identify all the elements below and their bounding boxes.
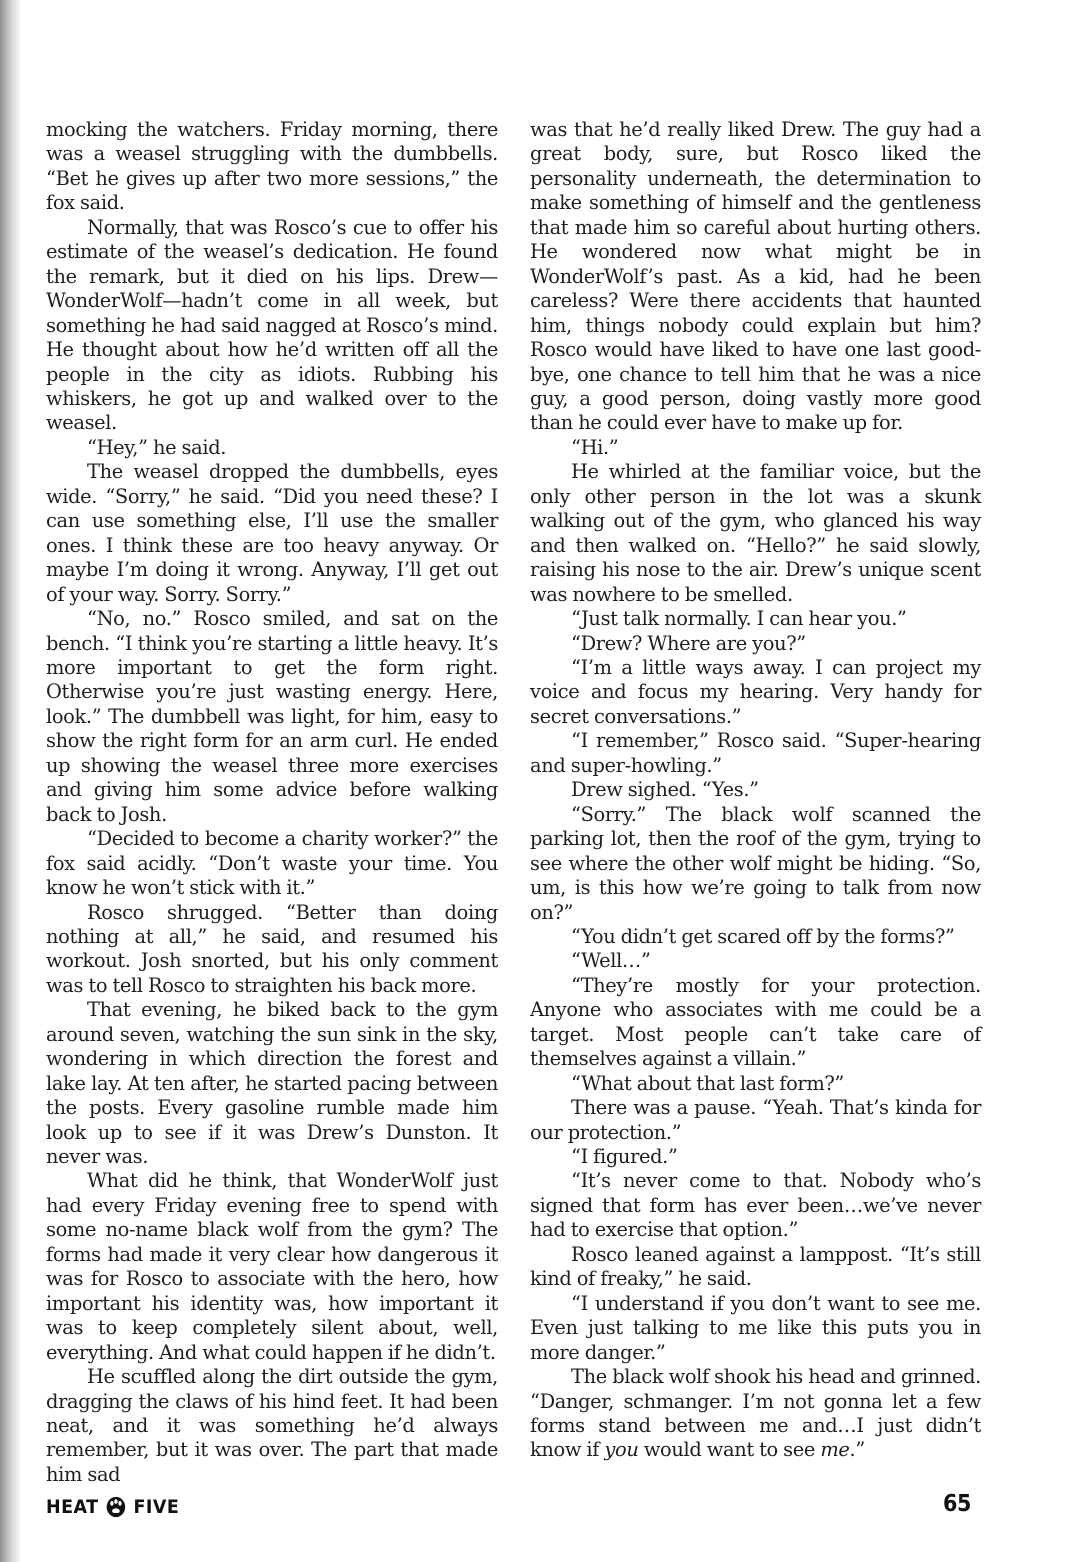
page-number: 65 [943,1491,971,1517]
paragraph: “You didn’t get scared off by the forms?… [530,925,981,949]
paragraph: “Hey,” he said. [46,436,498,460]
text-run: .” [850,1438,865,1461]
footer-title-five: FIVE [133,1496,179,1518]
emphasis-text: me [820,1438,849,1461]
paragraph: “No, no.” Rosco smiled, and sat on the b… [46,607,498,827]
paragraph: “Decided to become a charity worker?” th… [46,827,498,900]
paragraph: Rosco shrugged. “Better than doing nothi… [46,901,498,999]
running-footer-title: HEAT FIVE [46,1494,179,1520]
paragraph-final: The black wolf shook his head and grinne… [530,1365,981,1463]
paragraph: “Well…” [530,949,981,973]
paragraph: “I understand if you don’t want to see m… [530,1292,981,1365]
right-text-column: was that he’d really liked Drew. The guy… [530,118,981,1463]
paragraph: What did he think, that WonderWolf just … [46,1169,498,1365]
paragraph: “I remember,” Rosco said. “Super-hearing… [530,729,981,778]
paragraph: He whirled at the familiar voice, but th… [530,460,981,607]
paragraph: “Just talk normally. I can hear you.” [530,607,981,631]
paragraph: There was a pause. “Yeah. That’s kinda f… [530,1096,981,1145]
paragraph: That evening, he biked back to the gym a… [46,998,498,1169]
paragraph: Normally, that was Rosco’s cue to offer … [46,216,498,436]
paragraph: “It’s never come to that. Nobody who’s s… [530,1169,981,1242]
paragraph: He scuffled along the dirt outside the g… [46,1365,498,1487]
paragraph: “I figured.” [530,1145,981,1169]
page-binding-shadow [0,0,22,1562]
paragraph: “Sorry.” The black wolf scanned the park… [530,803,981,925]
paragraph: The weasel dropped the dumbbells, eyes w… [46,460,498,607]
paragraph: “I’m a little ways away. I can project m… [530,656,981,729]
paragraph: was that he’d really liked Drew. The guy… [530,118,981,436]
paragraph: “What about that last form?” [530,1072,981,1096]
paragraph: Drew sighed. “Yes.” [530,778,981,802]
paragraph: “They’re mostly for your protection. Any… [530,974,981,1072]
footer-title-heat: HEAT [46,1496,99,1518]
paragraph: mocking the watchers. Friday morning, th… [46,118,498,216]
paw-print-icon [106,1496,126,1518]
emphasis-text: you [604,1438,638,1461]
text-run: would want to see [639,1438,821,1461]
paragraph: “Hi.” [530,436,981,460]
left-text-column: mocking the watchers. Friday morning, th… [46,118,498,1487]
paragraph: Rosco leaned against a lamppost. “It’s s… [530,1243,981,1292]
paragraph: “Drew? Where are you?” [530,632,981,656]
